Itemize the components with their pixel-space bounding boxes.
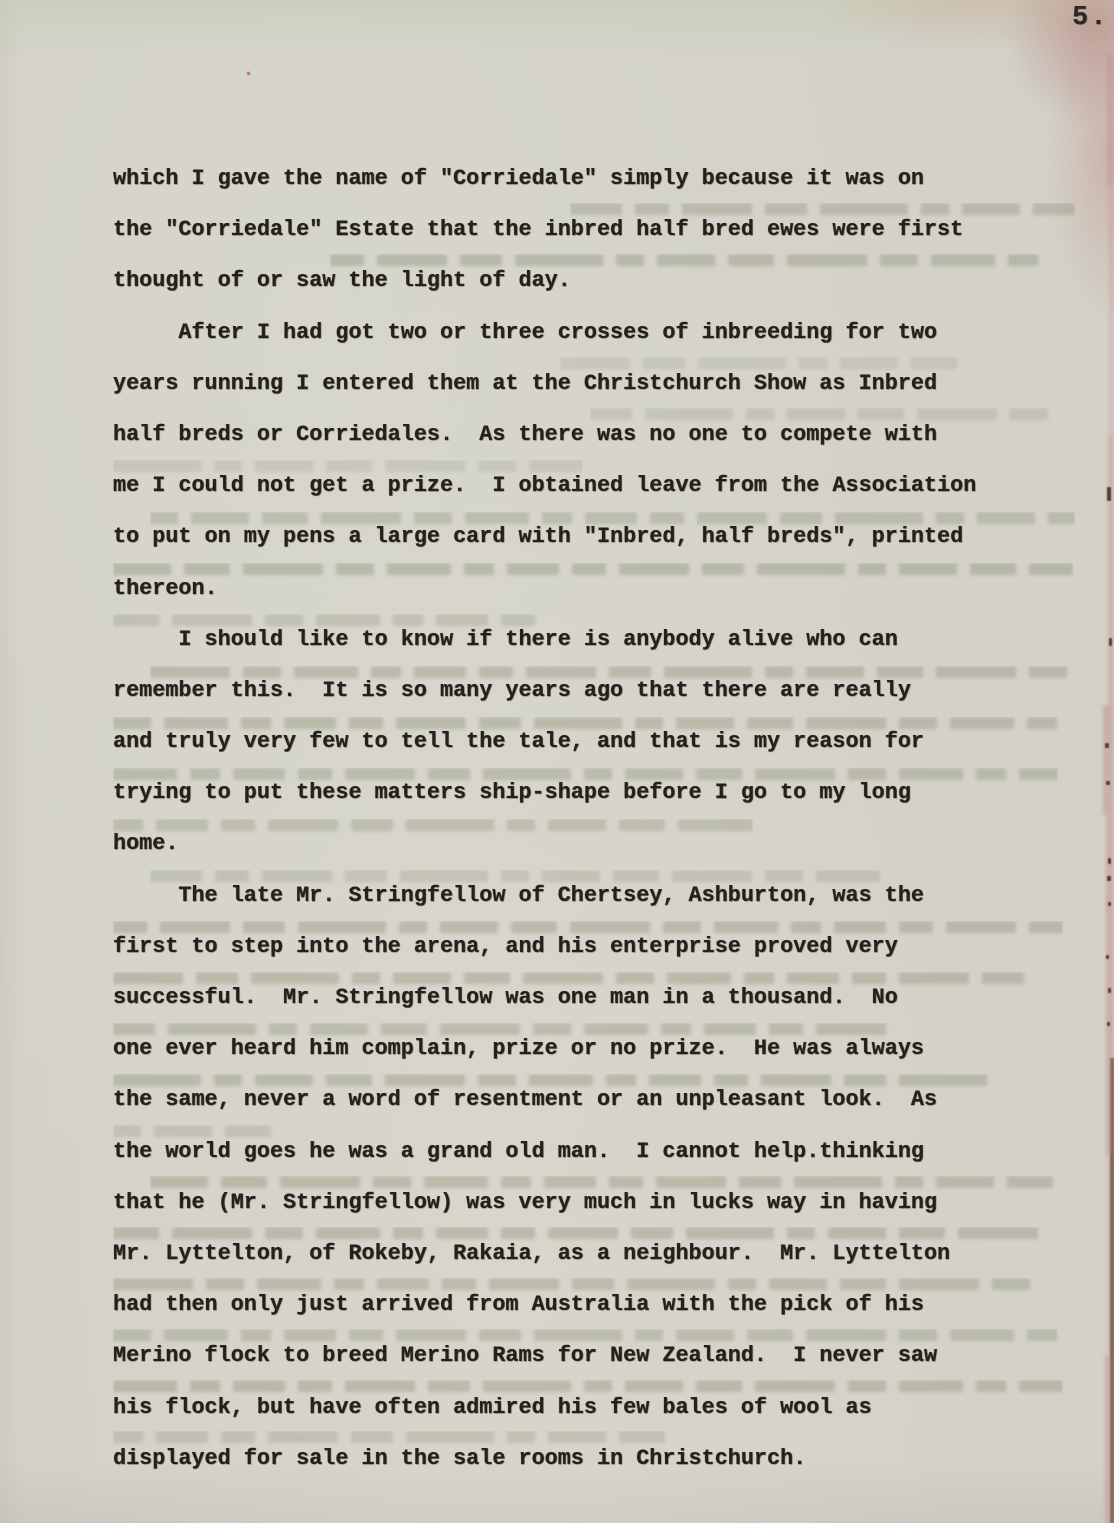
pink-stain-right (1052, 50, 1114, 310)
text-line: me I could not get a prize. I obtained l… (113, 460, 1053, 511)
text-line: and truly very few to tell the tale, and… (113, 716, 1053, 767)
text-line: one ever heard him complain, prize or no… (113, 1023, 1053, 1074)
text-line: displayed for sale in the sale rooms in … (113, 1433, 1053, 1484)
text-line: that he (Mr. Stringfellow) was very much… (113, 1177, 1053, 1228)
page-number: 5. (1072, 3, 1108, 33)
scan-edge-dark-line (1110, 1058, 1114, 1523)
text-line: remember this. It is so many years ago t… (113, 665, 1053, 716)
text-line: the "Corriedale" Estate that the inbred … (113, 204, 1053, 255)
scan-speck (1108, 902, 1111, 906)
text-line: the same, never a word of resentment or … (113, 1074, 1053, 1125)
text-line: trying to put these matters ship-shape b… (113, 767, 1053, 818)
scan-speck (1107, 1022, 1110, 1026)
typed-text-block: which I gave the name of "Corriedale" si… (113, 153, 1053, 1484)
scan-speck (1107, 876, 1111, 881)
text-line: his flock, but have often admired his fe… (113, 1382, 1053, 1433)
scan-speck (247, 72, 250, 75)
pink-edge-strip (1106, 815, 1114, 1155)
text-line: successful. Mr. Stringfellow was one man… (113, 972, 1053, 1023)
text-line: which I gave the name of "Corriedale" si… (113, 153, 1053, 204)
text-line: half breds or Corriedales. As there was … (113, 409, 1053, 460)
scan-speck (1107, 487, 1111, 501)
text-line: to put on my pens a large card with "Inb… (113, 511, 1053, 562)
text-line: After I had got two or three crosses of … (113, 307, 1053, 358)
scan-speck (1105, 743, 1109, 748)
scan-speck (1108, 858, 1111, 864)
scan-speck (1106, 781, 1110, 785)
scan-speck (1109, 638, 1112, 646)
pink-edge-strip (1103, 705, 1114, 815)
pink-edge-strip (1108, 1155, 1114, 1355)
text-line: thought of or saw the light of day. (113, 255, 1053, 306)
scan-speck (1106, 955, 1109, 959)
text-line: the world goes he was a grand old man. I… (113, 1126, 1053, 1177)
pink-edge-strip (1105, 1355, 1114, 1523)
pink-edge-strip (1107, 55, 1114, 185)
text-line: Mr. Lyttelton, of Rokeby, Rakaia, as a n… (113, 1228, 1053, 1279)
text-line: home. (113, 818, 1053, 869)
text-line: years running I entered them at the Chri… (113, 358, 1053, 409)
text-line: thereon. (113, 563, 1053, 614)
text-line: Merino flock to breed Merino Rams for Ne… (113, 1330, 1053, 1381)
pink-edge-strip (1108, 435, 1114, 705)
pink-edge-strip (1109, 185, 1114, 435)
scanned-document-page: { "document": { "page_number": "5.", "li… (0, 0, 1114, 1523)
text-line: had then only just arrived from Australi… (113, 1279, 1053, 1330)
scan-speck (1108, 988, 1111, 993)
text-line: I should like to know if there is anybod… (113, 614, 1053, 665)
text-line: The late Mr. Stringfellow of Chertsey, A… (113, 870, 1053, 921)
text-line: first to step into the arena, and his en… (113, 921, 1053, 972)
